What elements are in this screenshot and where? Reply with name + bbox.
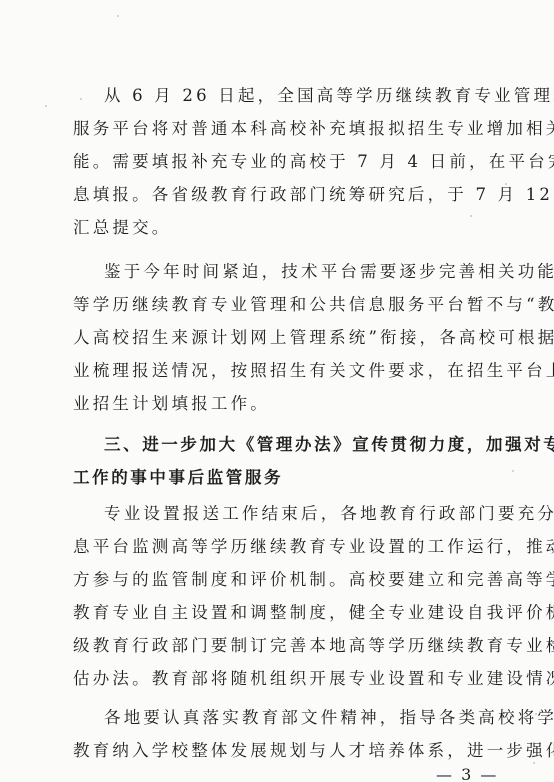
text-line: 能。需要填报补充专业的高校于 7 月 4 日前，在平台完成相关信 <box>73 152 499 172</box>
text-line: 教育纳入学校整体发展规划与人才培养体系，进一步强化专业建 <box>73 741 499 761</box>
document-page: 从 6 月 26 日起，全国高等学历继续教育专业管理和公共信息 服务平台将对普通… <box>0 0 554 782</box>
scan-speck <box>45 105 47 107</box>
text-line: 级教育行政部门要制订完善本地高等学历继续教育专业检查和评 <box>73 636 499 656</box>
scan-speck <box>512 470 514 472</box>
scan-speck <box>470 215 472 217</box>
scan-speck <box>505 183 507 185</box>
text-line: 方参与的监管制度和评价机制。高校要建立和完善高等学历继续 <box>73 570 499 590</box>
text-line: 汇总提交。 <box>73 218 499 238</box>
text-line: 从 6 月 26 日起，全国高等学历继续教育专业管理和公共信息 <box>104 86 499 106</box>
scan-speck <box>396 755 398 757</box>
text-line: 业招生计划填报工作。 <box>73 394 499 414</box>
text-line: 各地要认真落实教育部文件精神，指导各类高校将学历继续 <box>104 708 499 728</box>
text-line: 息平台监测高等学历继续教育专业设置的工作运行，推动建立多 <box>73 537 499 557</box>
text-line: 等学历继续教育专业管理和公共信息服务平台暂不与“教育部成 <box>73 295 499 315</box>
scan-speck <box>80 98 82 100</box>
text-line: 人高校招生来源计划网上管理系统”衔接，各高校可根据此前专 <box>73 328 499 348</box>
text-line: 业梳理报送情况，按照招生有关文件要求，在招生平台上做好各专 <box>73 361 499 381</box>
heading-line: 工作的事中事后监管服务 <box>73 468 499 488</box>
scan-speck <box>535 713 537 715</box>
heading-line: 三、进一步加大《管理办法》宣传贯彻力度，加强对专业设置 <box>104 435 499 455</box>
text-line: 息填报。各省级教育行政部门统筹研究后，于 7 月 12 日前在平台 <box>73 185 499 205</box>
text-line: 专业设置报送工作结束后，各地教育行政部门要充分运用信 <box>104 504 499 524</box>
text-line: 鉴于今年时间紧迫，技术平台需要逐步完善相关功能，全国高 <box>104 262 499 282</box>
scan-speck <box>533 762 535 764</box>
text-line: 教育专业自主设置和调整制度，健全专业建设自我评价机制。省 <box>73 603 499 623</box>
scan-speck <box>117 15 119 17</box>
text-line: 估办法。教育部将随机组织开展专业设置和专业建设情况抽查。 <box>73 669 499 689</box>
text-line: 服务平台将对普通本科高校补充填报拟招生专业增加相关服务功 <box>73 119 499 139</box>
page-number: — 3 — <box>436 765 498 782</box>
